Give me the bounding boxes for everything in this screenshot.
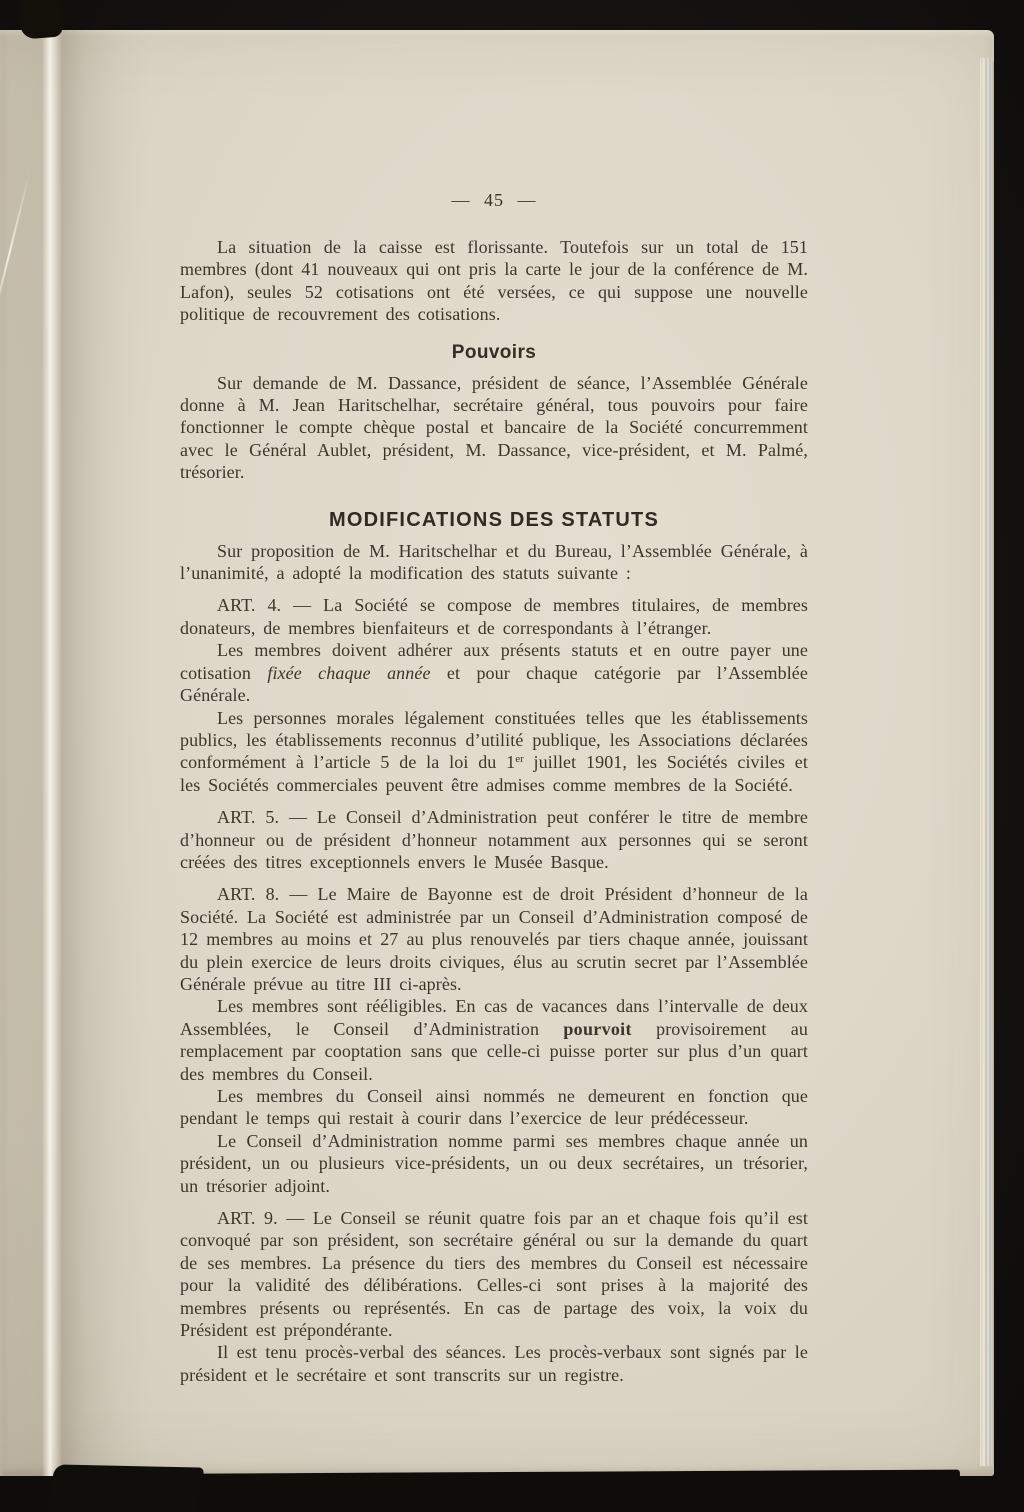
page-content: — 45 — La situation de la caisse est flo… [180, 190, 808, 1386]
article-8-paragraph-4: Le Conseil d’Administration nomme parmi … [180, 1130, 808, 1197]
article-5-paragraph: ART. 5. — Le Conseil d’Administration pe… [180, 806, 808, 873]
binding-crease [0, 30, 150, 1476]
article-9-paragraph-1: ART. 9. — Le Conseil se réunit quatre fo… [180, 1207, 808, 1341]
page-top-notch [19, 0, 64, 39]
ordinal-superscript: er [515, 753, 524, 765]
article-8-paragraph-1: ART. 8. — Le Maire de Bayonne est de dro… [180, 883, 808, 995]
italic-phrase: fixée chaque année [267, 663, 430, 683]
article-4-paragraph-3: Les personnes morales légalement constit… [180, 707, 808, 797]
intro-paragraph: La situation de la caisse est florissant… [180, 236, 808, 326]
article-8-paragraph-3: Les membres du Conseil ainsi nommés ne d… [180, 1085, 808, 1130]
article-4-paragraph-1: ART. 4. — La Société se compose de membr… [180, 594, 808, 639]
article-4-paragraph-2: Les membres doivent adhérer aux présents… [180, 639, 808, 706]
typeset-correction: pourvoit [563, 1019, 631, 1039]
page-stack-edge [980, 58, 994, 1466]
book-page: — 45 — La situation de la caisse est flo… [0, 30, 994, 1476]
page-bottom-notch [45, 1464, 204, 1512]
paper-scratch [0, 172, 31, 337]
pouvoirs-heading: Pouvoirs [180, 341, 808, 365]
page-number: — 45 — [180, 190, 808, 211]
scan-background: { "scan": { "background_color": "#151210… [0, 0, 1024, 1512]
pouvoirs-paragraph: Sur demande de M. Dassance, président de… [180, 372, 808, 484]
article-9-paragraph-2: Il est tenu procès-verbal des séances. L… [180, 1341, 808, 1386]
statuts-intro-paragraph: Sur proposition de M. Haritschelhar et d… [180, 540, 808, 585]
article-8-paragraph-2: Les membres sont rééligibles. En cas de … [180, 995, 808, 1085]
statuts-heading: MODIFICATIONS DES STATUTS [180, 507, 808, 533]
